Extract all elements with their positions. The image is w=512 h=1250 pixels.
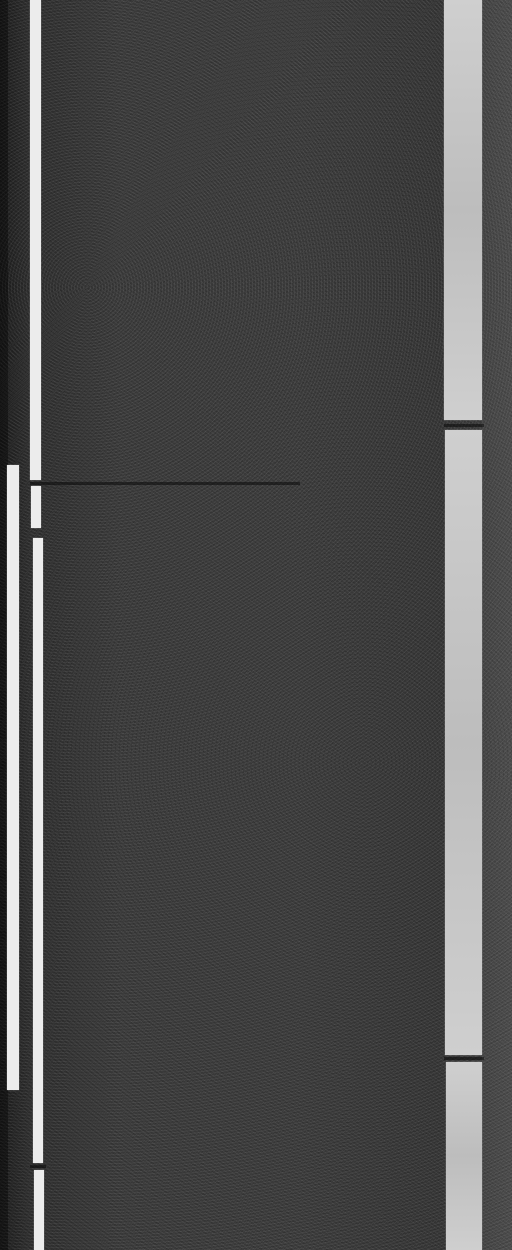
right-edge-line-segment	[444, 0, 482, 420]
road-shoulder	[482, 0, 512, 1250]
pavement-joint	[444, 1057, 484, 1060]
pavement-joint	[444, 424, 484, 427]
lane-line-segment	[33, 538, 43, 1163]
pavement-joint	[30, 482, 300, 485]
right-edge-line-segment	[445, 430, 482, 1055]
right-edge-line-segment	[446, 1062, 482, 1250]
pavement-joint	[30, 1165, 46, 1168]
lane-line-segment	[30, 0, 41, 480]
left-solid-line	[7, 465, 19, 1090]
lane-line-segment	[34, 1170, 44, 1250]
lane-line-segment	[31, 486, 41, 528]
asphalt-texture	[0, 0, 512, 1250]
